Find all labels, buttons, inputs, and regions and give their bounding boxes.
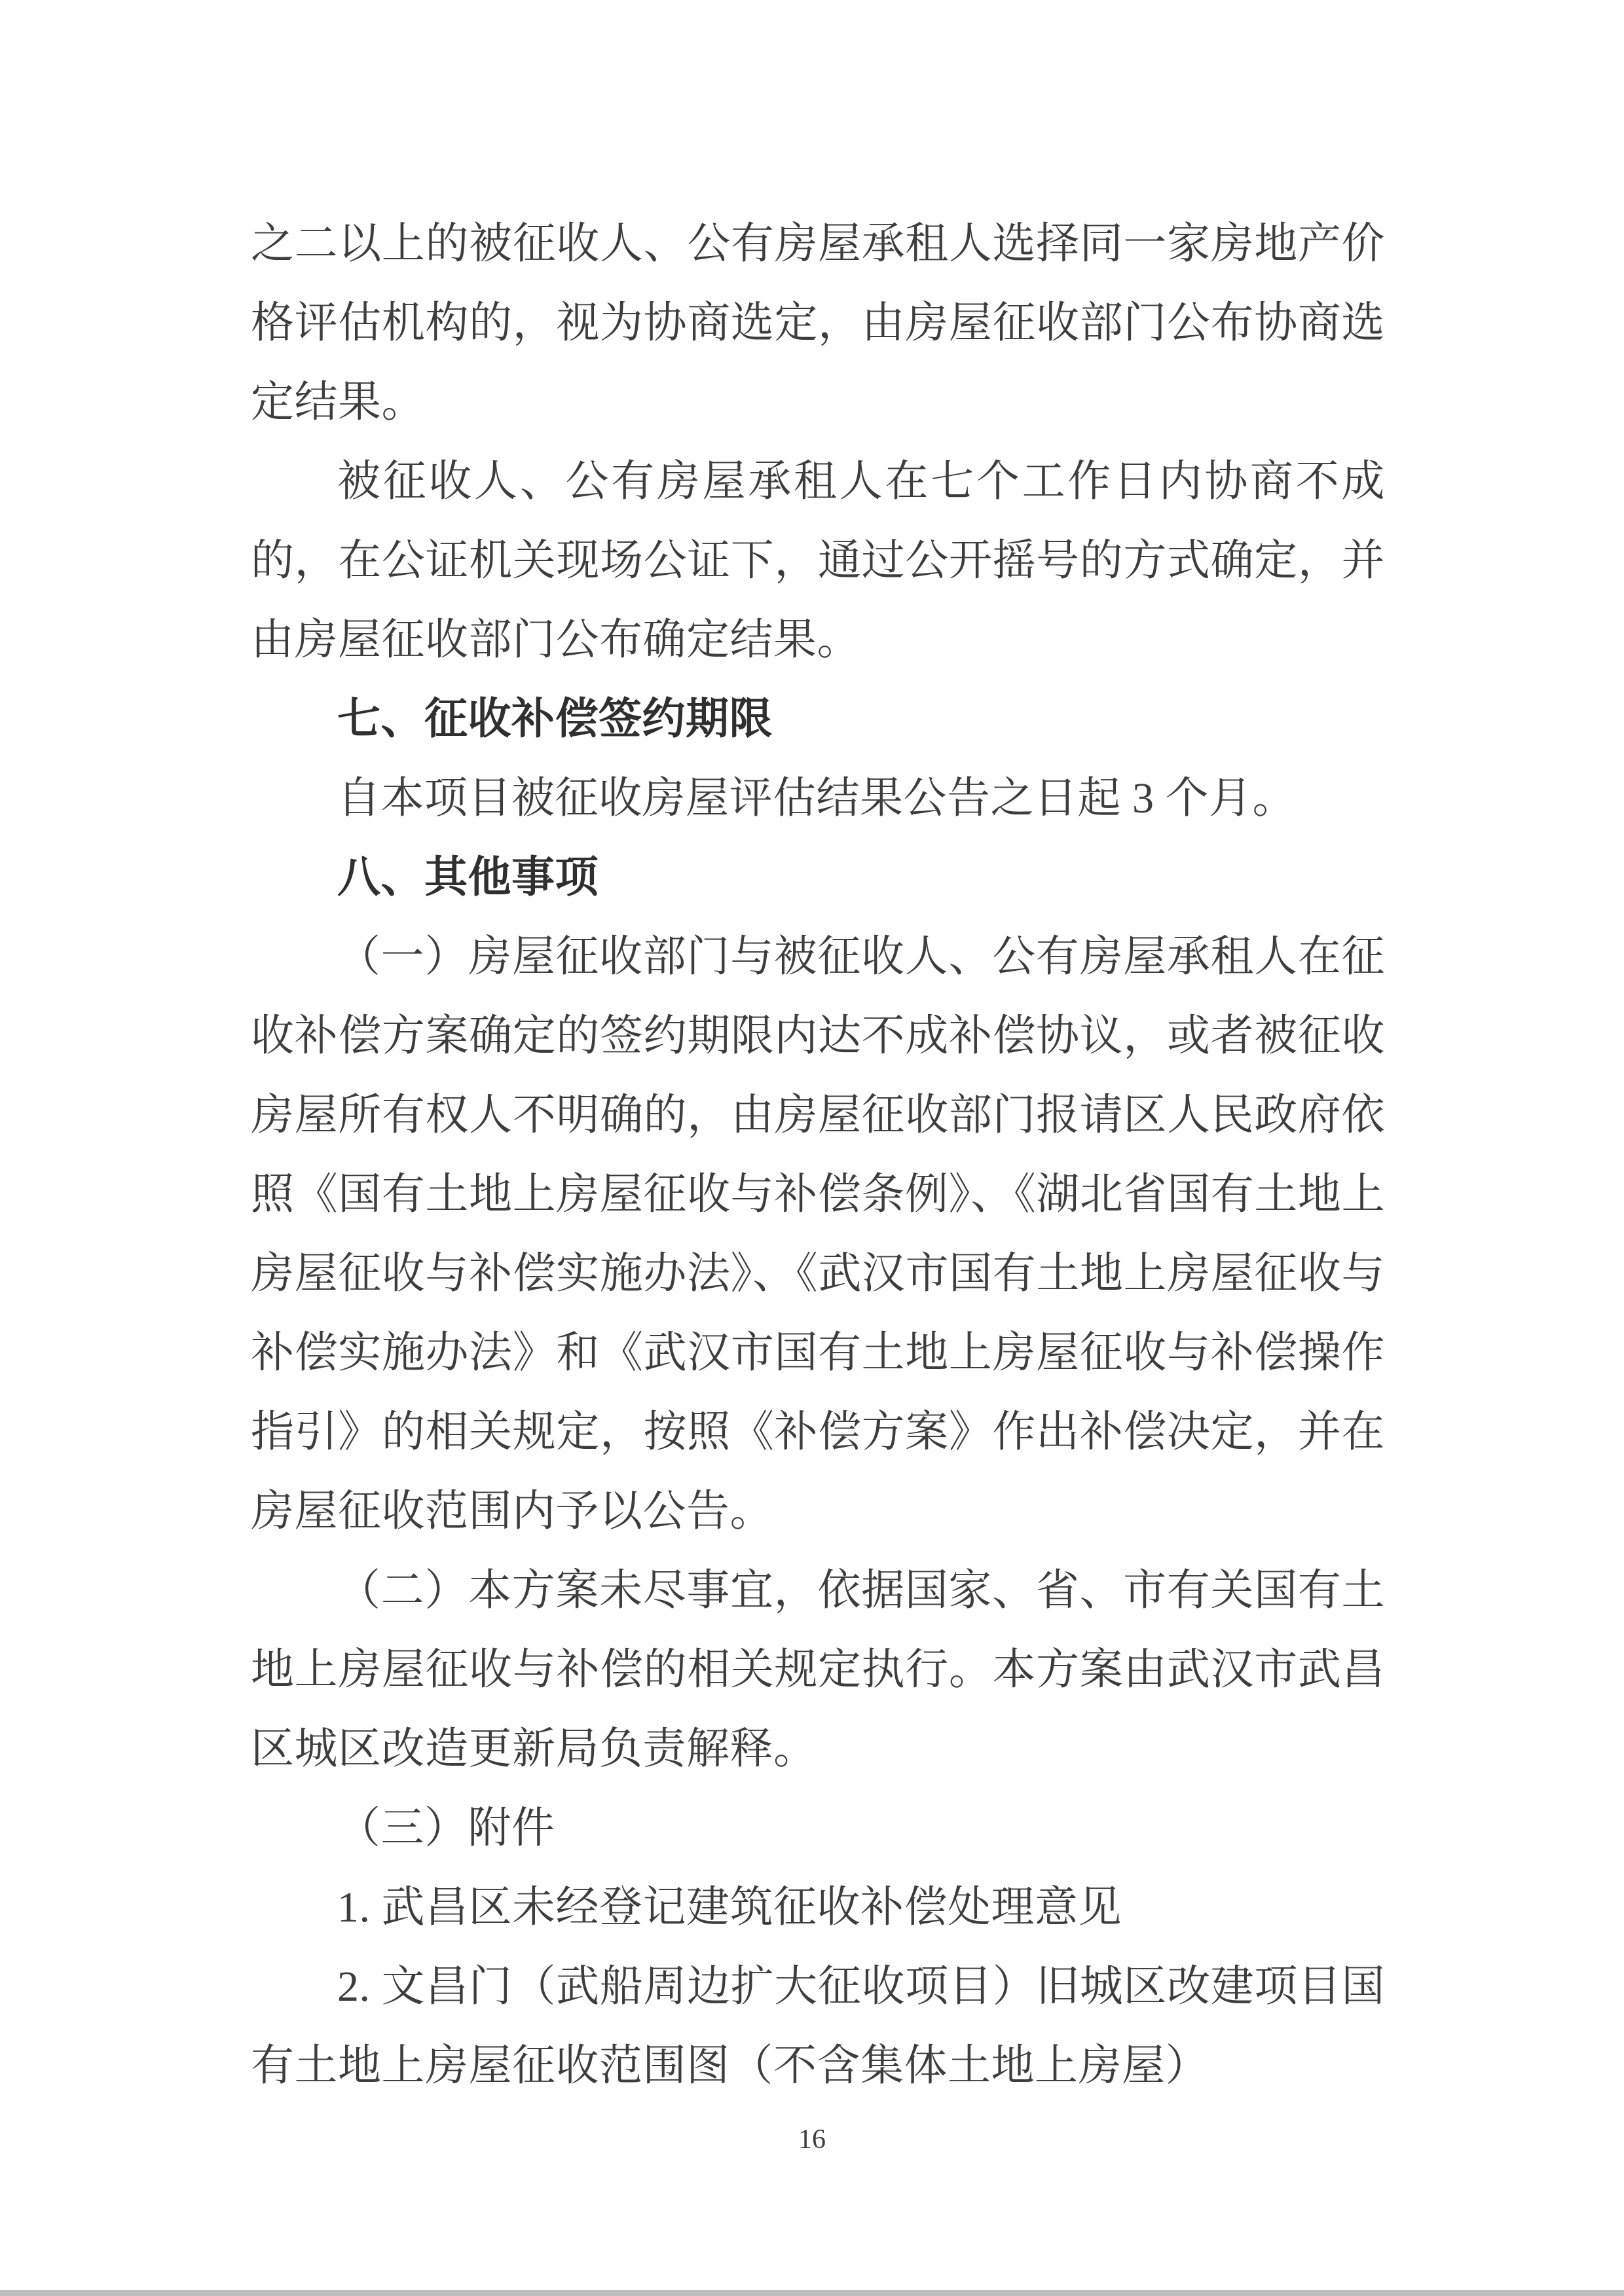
section-heading: 八、其他事项 (251, 838, 1385, 917)
page-number: 16 (798, 2124, 826, 2155)
document-body: 之二以上的被征收人、公有房屋承租人选择同一家房地产价格评估机构的，视为协商选定，… (251, 204, 1385, 2105)
paragraph: 之二以上的被征收人、公有房屋承租人选择同一家房地产价格评估机构的，视为协商选定，… (251, 204, 1385, 442)
page-footer: 16 (0, 2120, 1624, 2159)
paragraph: 自本项目被征收房屋评估结果公告之日起 3 个月。 (251, 759, 1385, 838)
document-page: 之二以上的被征收人、公有房屋承租人选择同一家房地产价格评估机构的，视为协商选定，… (0, 0, 1624, 2296)
paragraph: （二）本方案未尽事宜，依据国家、省、市有关国有土地上房屋征收与补偿的相关规定执行… (251, 1551, 1385, 1789)
paragraph: （三）附件 (251, 1789, 1385, 1868)
section-heading: 七、征收补偿签约期限 (251, 680, 1385, 759)
paragraph: 1. 武昌区未经登记建筑征收补偿处理意见 (251, 1868, 1385, 1947)
paragraph: 被征收人、公有房屋承租人在七个工作日内协商不成的，在公证机关现场公证下，通过公开… (251, 442, 1385, 680)
paragraph: 2. 文昌门（武船周边扩大征收项目）旧城区改建项目国有土地上房屋征收范围图（不含… (251, 1947, 1385, 2105)
paragraph: （一）房屋征收部门与被征收人、公有房屋承租人在征收补偿方案确定的签约期限内达不成… (251, 917, 1385, 1551)
scan-edge (0, 2290, 1624, 2296)
